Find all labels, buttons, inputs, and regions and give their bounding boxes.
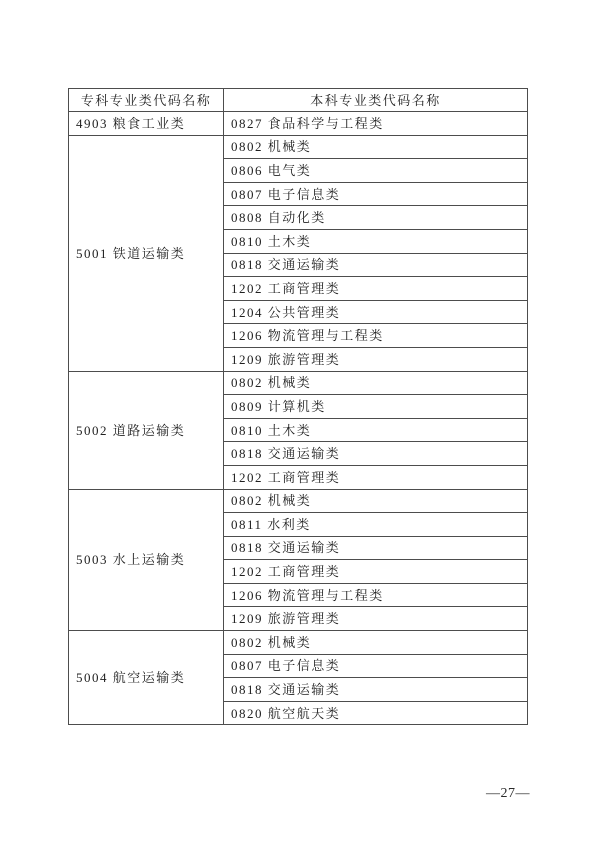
benke-category-cell: 0810 土木类 <box>224 229 528 253</box>
benke-category-cell: 0811 水利类 <box>224 513 528 537</box>
page-number: —27— <box>486 786 530 802</box>
table-header: 专科专业类代码名称 本科专业类代码名称 <box>69 89 528 112</box>
benke-category-cell: 1209 旅游管理类 <box>224 607 528 631</box>
zhuanke-category-cell: 5001 铁道运输类 <box>69 135 224 371</box>
benke-category-cell: 0818 交通运输类 <box>224 536 528 560</box>
benke-category-cell: 0806 电气类 <box>224 159 528 183</box>
benke-category-cell: 1202 工商管理类 <box>224 560 528 584</box>
table-row: 4903 粮食工业类0827 食品科学与工程类 <box>69 112 528 136</box>
table-row: 5002 道路运输类0802 机械类 <box>69 371 528 395</box>
benke-category-cell: 1202 工商管理类 <box>224 277 528 301</box>
zhuanke-category-cell: 4903 粮食工业类 <box>69 112 224 136</box>
benke-category-cell: 0818 交通运输类 <box>224 678 528 702</box>
document-page: 专科专业类代码名称 本科专业类代码名称 4903 粮食工业类0827 食品科学与… <box>0 0 600 848</box>
zhuanke-category-cell: 5004 航空运输类 <box>69 631 224 725</box>
table-row: 5004 航空运输类0802 机械类 <box>69 631 528 655</box>
benke-category-cell: 0809 计算机类 <box>224 395 528 419</box>
benke-category-cell: 1206 物流管理与工程类 <box>224 583 528 607</box>
benke-category-cell: 0802 机械类 <box>224 631 528 655</box>
benke-category-cell: 0802 机械类 <box>224 135 528 159</box>
benke-category-cell: 0802 机械类 <box>224 489 528 513</box>
benke-category-cell: 1204 公共管理类 <box>224 300 528 324</box>
major-mapping-table: 专科专业类代码名称 本科专业类代码名称 4903 粮食工业类0827 食品科学与… <box>68 88 528 725</box>
benke-category-cell: 1206 物流管理与工程类 <box>224 324 528 348</box>
column-header-benke: 本科专业类代码名称 <box>224 89 528 112</box>
benke-category-cell: 0808 自动化类 <box>224 206 528 230</box>
benke-category-cell: 1202 工商管理类 <box>224 465 528 489</box>
column-header-zhuanke: 专科专业类代码名称 <box>69 89 224 112</box>
zhuanke-category-cell: 5002 道路运输类 <box>69 371 224 489</box>
benke-category-cell: 0818 交通运输类 <box>224 253 528 277</box>
benke-category-cell: 0802 机械类 <box>224 371 528 395</box>
benke-category-cell: 0807 电子信息类 <box>224 654 528 678</box>
benke-category-cell: 0827 食品科学与工程类 <box>224 112 528 136</box>
zhuanke-category-cell: 5003 水上运输类 <box>69 489 224 631</box>
benke-category-cell: 1209 旅游管理类 <box>224 347 528 371</box>
benke-category-cell: 0820 航空航天类 <box>224 701 528 725</box>
benke-category-cell: 0818 交通运输类 <box>224 442 528 466</box>
table-row: 5003 水上运输类0802 机械类 <box>69 489 528 513</box>
header-row: 专科专业类代码名称 本科专业类代码名称 <box>69 89 528 112</box>
benke-category-cell: 0810 土木类 <box>224 418 528 442</box>
table-body: 4903 粮食工业类0827 食品科学与工程类5001 铁道运输类0802 机械… <box>69 112 528 725</box>
table-row: 5001 铁道运输类0802 机械类 <box>69 135 528 159</box>
benke-category-cell: 0807 电子信息类 <box>224 182 528 206</box>
